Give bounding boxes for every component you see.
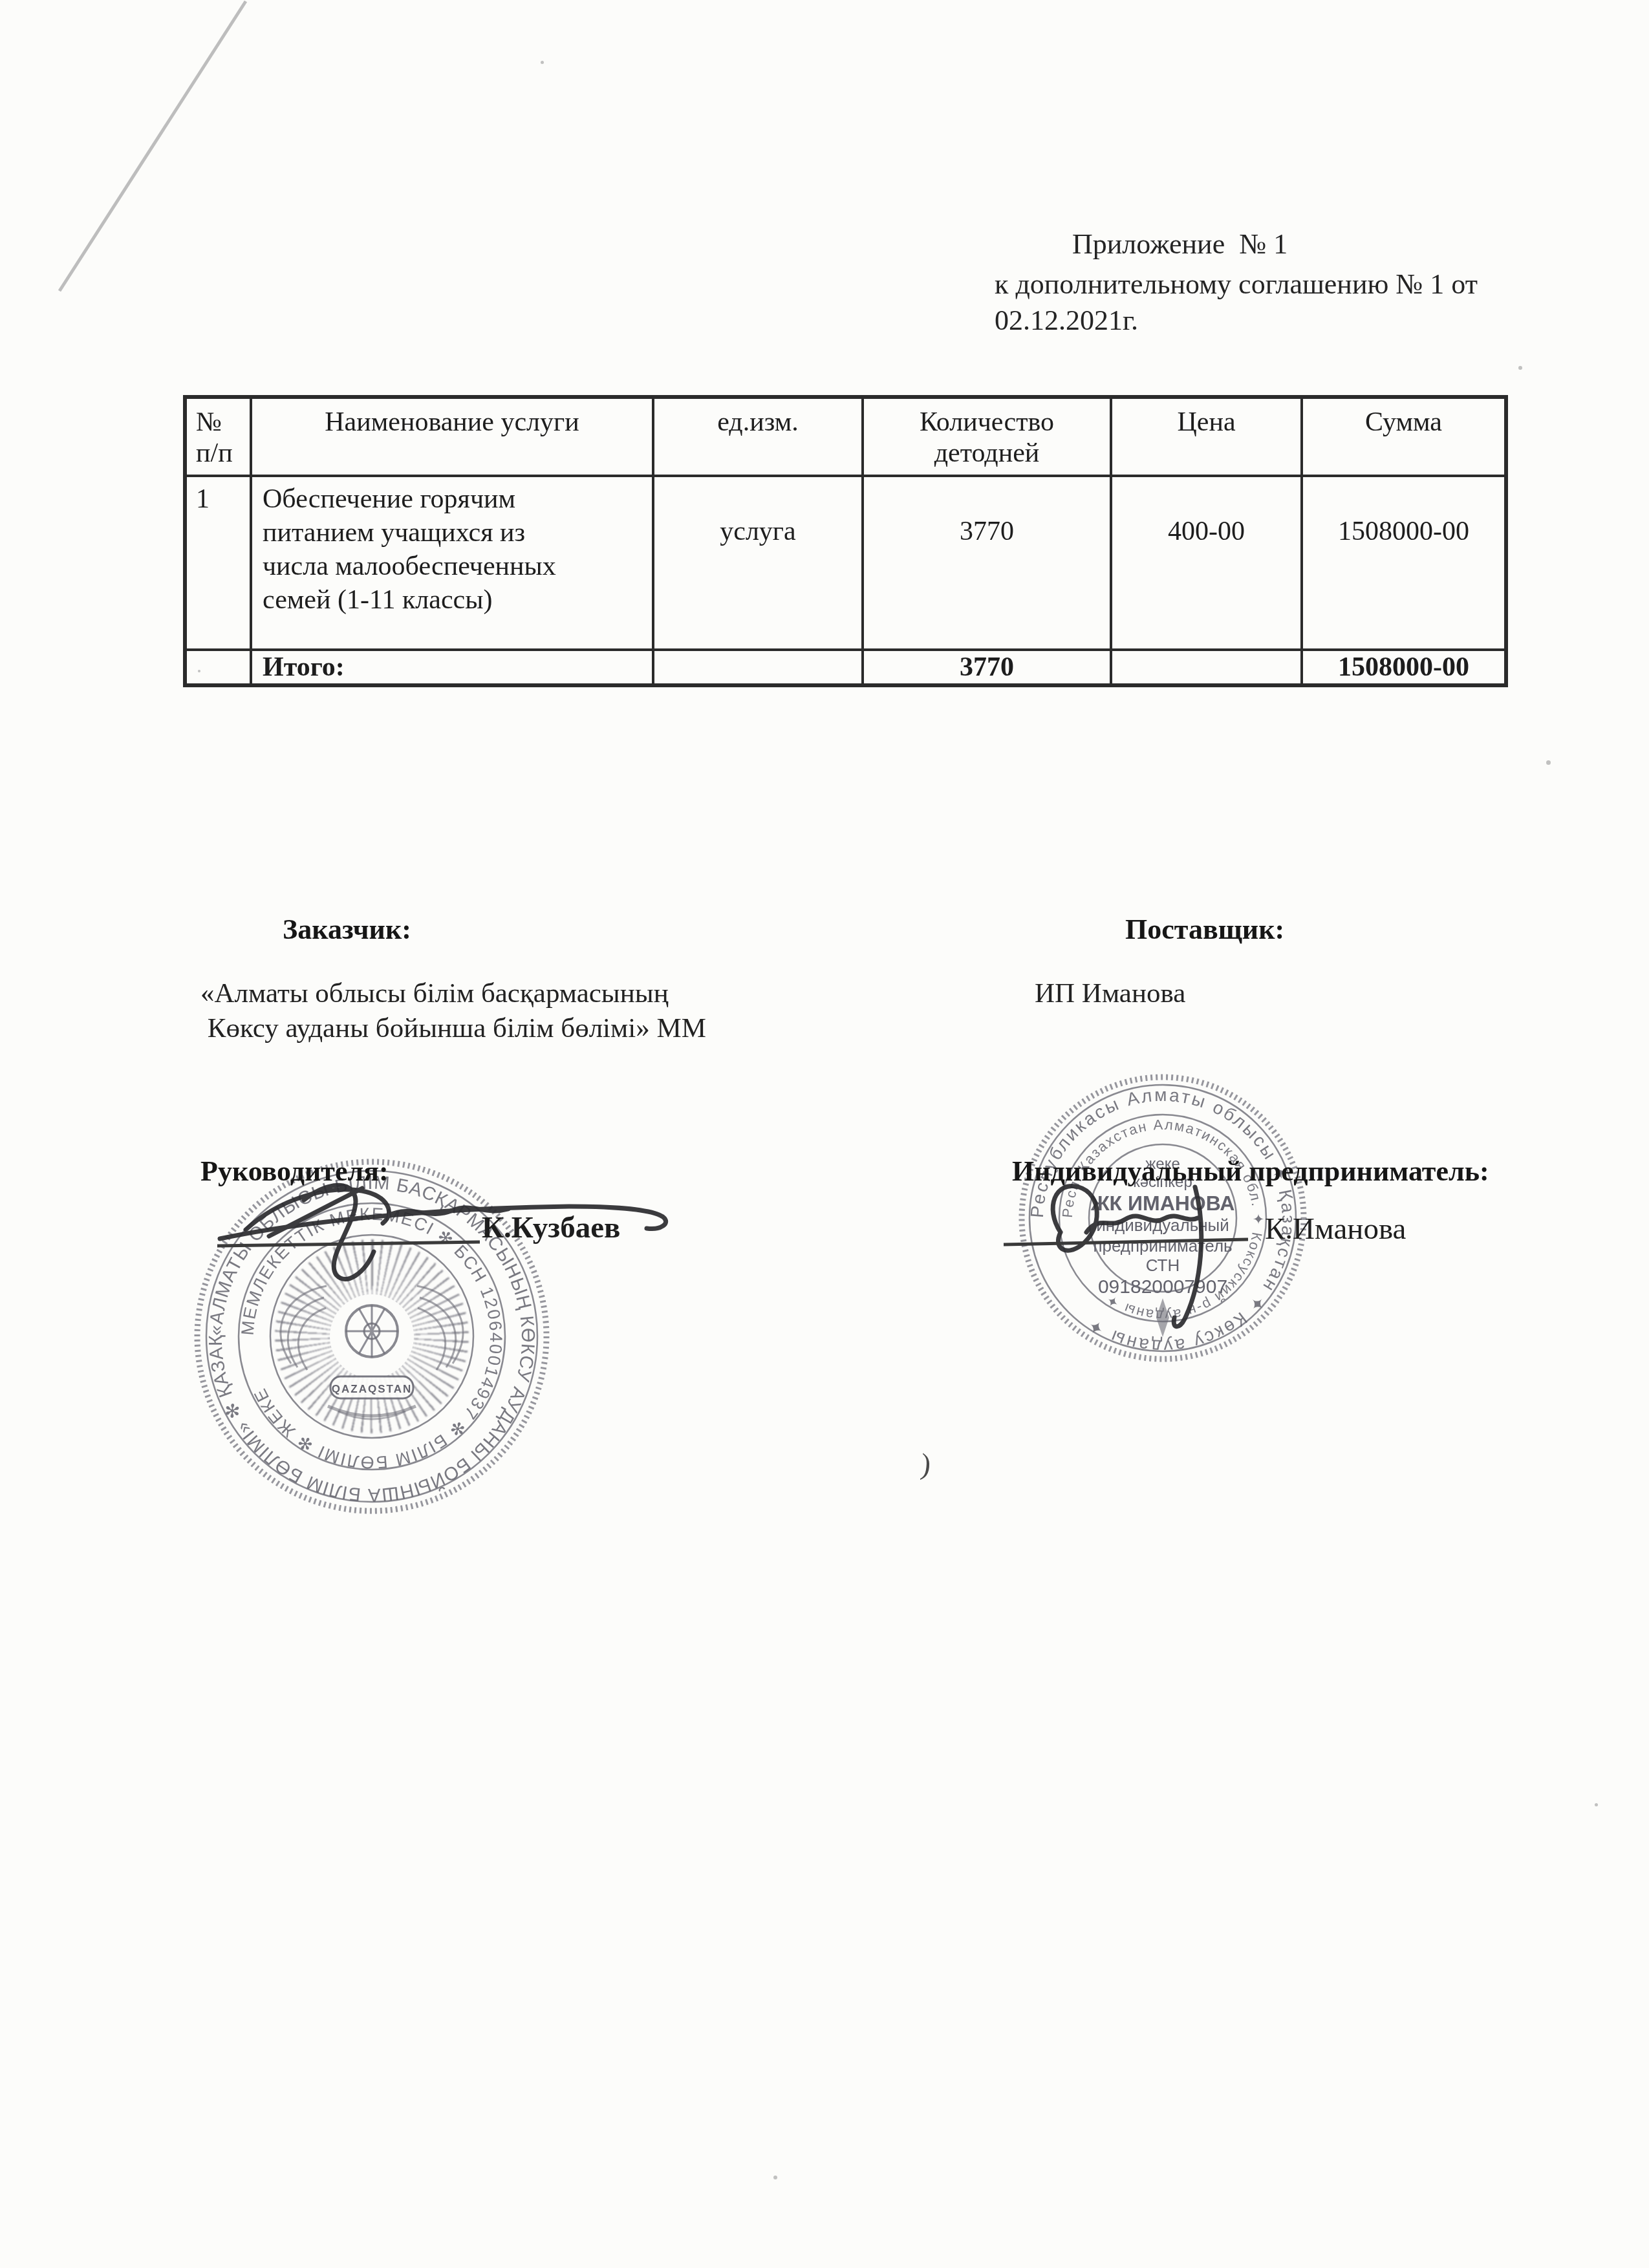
customer-signer-name: К.Кузбаев bbox=[482, 1210, 620, 1245]
customer-name-line1: «Алматы облысы білім басқармасының bbox=[200, 978, 669, 1009]
right-stamp-stn-number: 091820007907 bbox=[1098, 1276, 1227, 1298]
supplier-role-label: Индивидуальный предприниматель: bbox=[1012, 1155, 1489, 1188]
table-row: 1 Обеспечение горячим питанием учащихся … bbox=[185, 476, 1506, 650]
right-stamp-line-stn: СТН bbox=[1146, 1256, 1180, 1275]
services-table: № п/п Наименование услуги ед.изм. Количе… bbox=[183, 395, 1508, 687]
scan-speck bbox=[541, 61, 544, 64]
agreement-date: 02.12.2021г. bbox=[995, 303, 1138, 339]
appendix-title: Приложение № 1 bbox=[1072, 226, 1288, 262]
cell-total-empty-num bbox=[185, 650, 251, 685]
total-sum: 1508000-00 bbox=[1302, 650, 1506, 685]
customer-label: Заказчик: bbox=[283, 913, 411, 946]
col-header-service-name: Наименование услуги bbox=[251, 397, 653, 476]
scan-speck bbox=[1595, 1803, 1598, 1806]
right-stamp-owner-name: ЖК ИМАНОВА bbox=[1090, 1192, 1235, 1215]
col-header-unit: ед.изм. bbox=[653, 397, 863, 476]
right-stamp-line-predprinimatel: предприниматель bbox=[1093, 1236, 1232, 1256]
cell-price: 400-00 bbox=[1111, 476, 1302, 650]
scan-speck bbox=[1546, 760, 1551, 765]
total-quantity: 3770 bbox=[863, 650, 1111, 685]
right-stamp-line-individualny: индивидуальный bbox=[1096, 1215, 1229, 1235]
supplier-label: Поставщик: bbox=[1125, 913, 1284, 946]
table-header-row: № п/п Наименование услуги ед.изм. Количе… bbox=[185, 397, 1506, 476]
cell-sum: 1508000-00 bbox=[1302, 476, 1506, 650]
table-total-row: Итого: 3770 1508000-00 bbox=[185, 650, 1506, 685]
supplier-name: ИП Иманова bbox=[1035, 978, 1185, 1009]
right-stamp-diamond-icon bbox=[1156, 1298, 1169, 1337]
col-header-sum: Сумма bbox=[1302, 397, 1506, 476]
pen-mark: ) bbox=[919, 1446, 932, 1481]
left-round-stamp: «АЛМАТЫ ОБЛЫСЫ БІЛІМ БАСҚАРМАСЫНЫҢ КӨКСУ… bbox=[186, 1150, 558, 1525]
col-header-price: Цена bbox=[1111, 397, 1302, 476]
cell-quantity: 3770 bbox=[863, 476, 1111, 650]
agreement-reference: к дополнительному соглашению № 1 от bbox=[995, 266, 1478, 303]
scan-fold-line bbox=[59, 1, 246, 291]
cell-row-number: 1 bbox=[185, 476, 251, 650]
scan-speck bbox=[1518, 366, 1522, 370]
customer-name-line2: Көксу ауданы бойынша білім бөлімі» ММ bbox=[200, 1012, 706, 1044]
cell-unit: услуга bbox=[653, 476, 863, 650]
total-label: Итого: bbox=[251, 650, 653, 685]
scanned-document-page: Приложение № 1 к дополнительному соглаше… bbox=[0, 0, 1649, 2268]
cell-total-empty-price bbox=[1111, 650, 1302, 685]
col-header-number: № п/п bbox=[185, 397, 251, 476]
col-header-quantity: Количество детодней bbox=[863, 397, 1111, 476]
cell-service-name: Обеспечение горячим питанием учащихся из… bbox=[251, 476, 653, 650]
kazakhstan-emblem-icon: QAZAQSTAN bbox=[281, 1286, 463, 1419]
supplier-signer-name: К.Иманова bbox=[1265, 1212, 1406, 1246]
cell-total-empty-unit bbox=[653, 650, 863, 685]
left-stamp-banner-text: QAZAQSTAN bbox=[332, 1383, 412, 1395]
customer-role-label: Руководителя: bbox=[200, 1155, 389, 1188]
scan-speck bbox=[773, 2176, 777, 2179]
scan-overlay bbox=[0, 0, 1649, 2268]
